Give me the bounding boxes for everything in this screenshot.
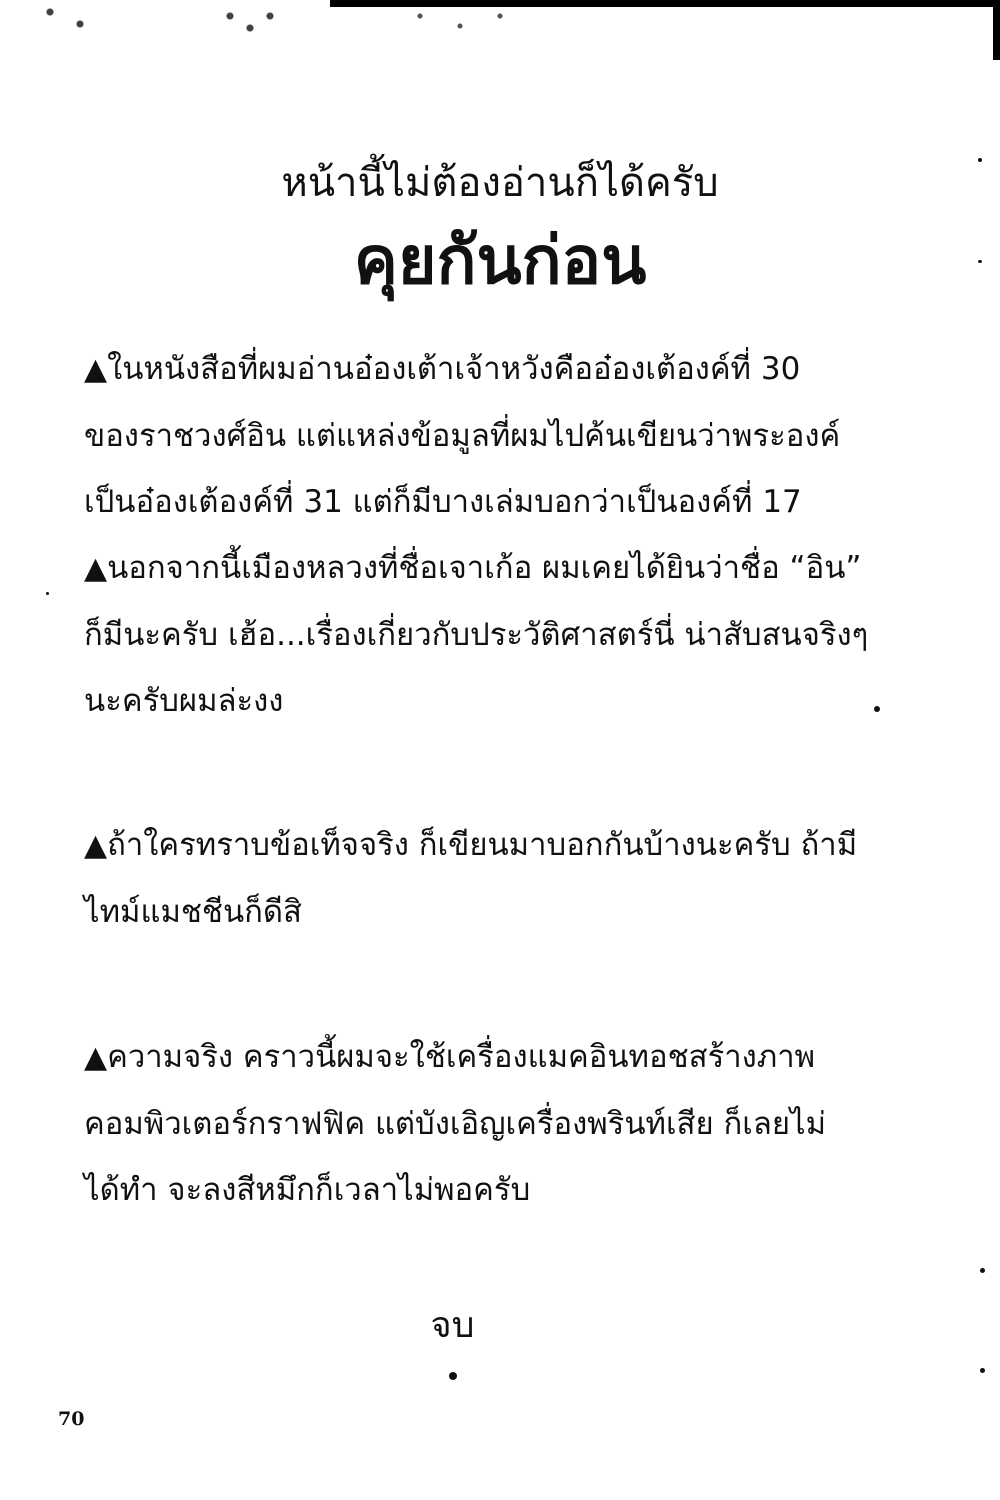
triangle-bullet-icon: ▲: [84, 352, 107, 387]
paragraph-line: นะครับผมล่ะงง: [84, 668, 894, 734]
dot-mark: [449, 1372, 457, 1380]
triangle-bullet-icon: ▲: [84, 551, 107, 586]
page-title: คุยกันก่อน: [0, 208, 1000, 313]
paragraph-line: คอมพิวเตอร์กราฟฟิค แต่บังเอิญเครื่องพริน…: [84, 1091, 894, 1157]
paragraph-line: ของราชวงศ์อิน แต่แหล่งข้อมูลที่ผมไปค้นเข…: [84, 403, 894, 469]
scan-edge-right: [993, 0, 1000, 60]
end-marker: จบ: [0, 1296, 905, 1353]
paragraph-line: ไทม์แมชชีนก็ดีสิ: [84, 879, 894, 945]
paragraph-line: ▲ความจริง คราวนี้ผมจะใช้เครื่องแมคอินทอช…: [84, 1024, 894, 1091]
paragraph-line: ▲นอกจากนี้เมืองหลวงที่ชื่อเจาเก้อ ผมเคยไ…: [84, 535, 894, 602]
paragraph-1: ▲ในหนังสือที่ผมอ่านอ๋องเต้าเจ้าหวังคืออ๋…: [84, 336, 894, 734]
triangle-bullet-icon: ▲: [84, 828, 107, 863]
scan-edge-top: [330, 0, 1000, 7]
paragraph-line: เป็นอ๋องเต้องค์ที่ 31 แต่ก็มีบางเล่มบอกว…: [84, 469, 894, 535]
scan-speck: [980, 1368, 985, 1373]
page-subtitle: หน้านี้ไม่ต้องอ่านก็ได้ครับ: [0, 150, 1000, 214]
paragraph-line: ได้ทำ จะลงสีหมึกก็เวลาไม่พอครับ: [84, 1157, 894, 1223]
scan-speck: [978, 260, 982, 263]
paragraph-line: ▲ถ้าใครทราบข้อเท็จจริง ก็เขียนมาบอกกันบ้…: [84, 812, 894, 879]
scan-speck: [978, 158, 982, 162]
scan-speck: [980, 1268, 985, 1273]
triangle-bullet-icon: ▲: [84, 1040, 107, 1075]
paragraph-line: ก็มีนะครับ เฮ้อ...เรื่องเกี่ยวกับประวัติ…: [84, 602, 894, 668]
paragraph-4: ▲ความจริง คราวนี้ผมจะใช้เครื่องแมคอินทอช…: [84, 1024, 894, 1223]
page-number: 70: [58, 1408, 84, 1430]
dot-mark: [874, 706, 880, 712]
scan-speck: [46, 592, 49, 595]
paragraph-line: ▲ในหนังสือที่ผมอ่านอ๋องเต้าเจ้าหวังคืออ๋…: [84, 336, 894, 403]
paragraph-3: ▲ถ้าใครทราบข้อเท็จจริง ก็เขียนมาบอกกันบ้…: [84, 812, 894, 945]
